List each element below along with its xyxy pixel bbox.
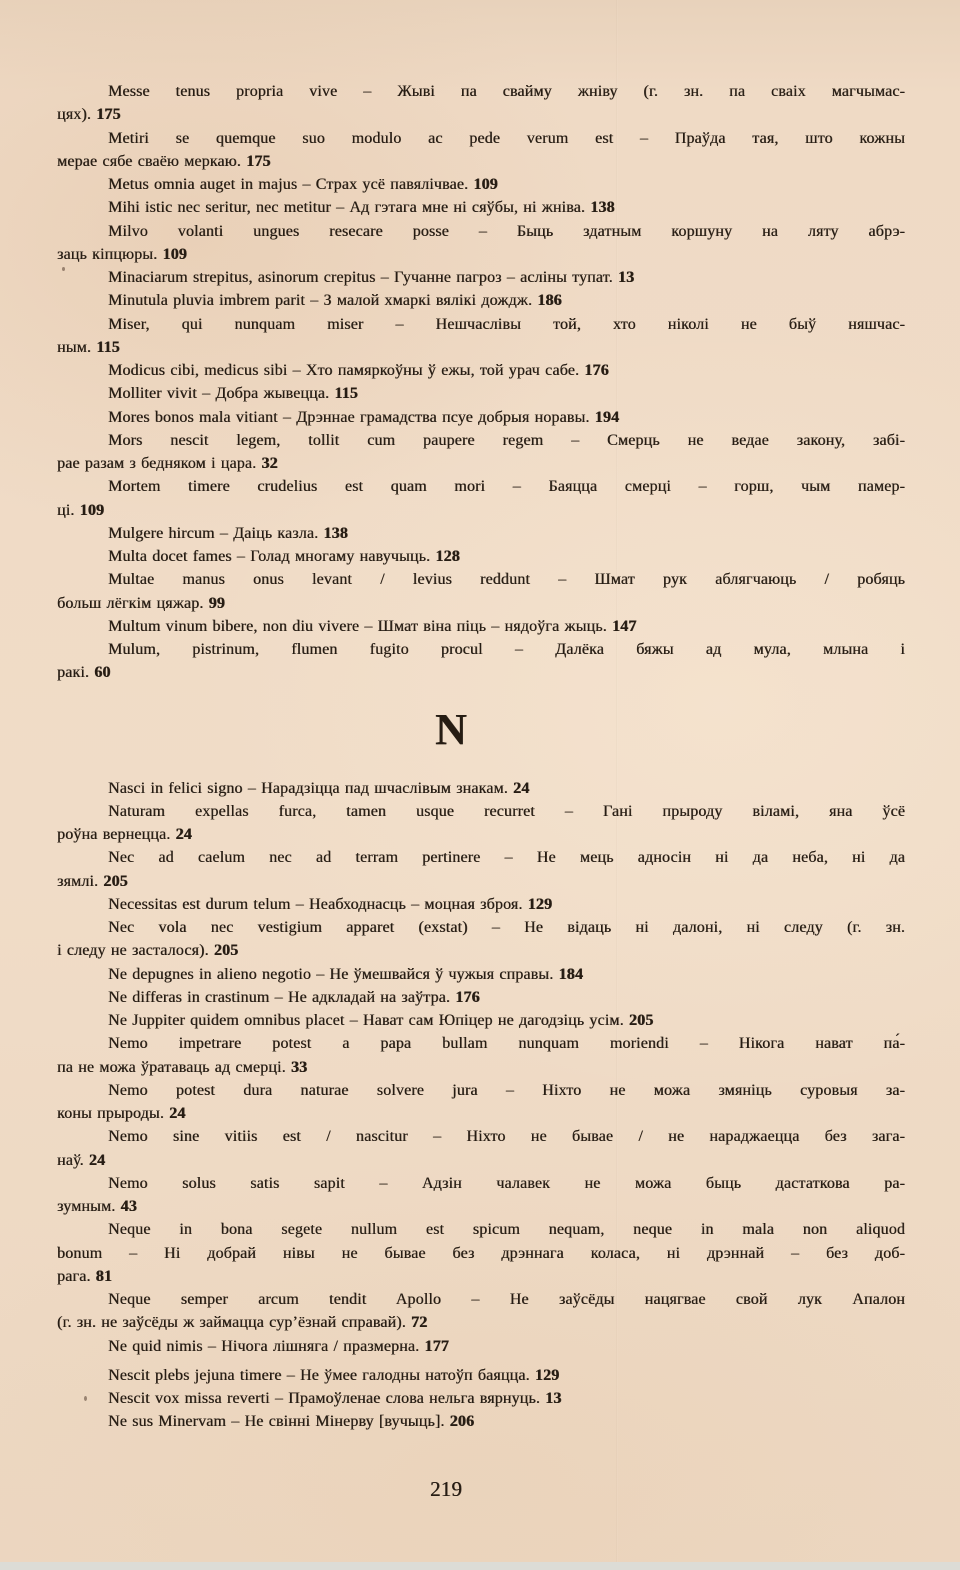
phrase-entry: Metus omnia auget in majus – Страх усё п…	[57, 173, 905, 196]
text-line: Nec vola nec vestigium apparet (exstat) …	[57, 916, 905, 939]
text-line: ракі. 60	[57, 661, 905, 684]
phrase-entry: Minaciarum strepitus, asinorum crepitus …	[57, 266, 905, 289]
text-line: Ne sus Minervam – Не свінні Мінерву [вуч…	[57, 1410, 905, 1433]
phrase-text: Neque semper arcum tendit Apollo – Не за…	[108, 1291, 905, 1308]
phrase-text: Multum vinum bibere, non diu vivere – Шм…	[108, 618, 607, 635]
phrase-text: Mulum, pistrinum, flumen fugito procul –…	[108, 641, 905, 658]
phrase-entry: Ne sus Minervam – Не свінні Мінерву [вуч…	[57, 1410, 905, 1433]
page-reference: 115	[96, 339, 120, 356]
phrase-text: больш лёгкім цяжар.	[57, 595, 203, 612]
phrase-text: ным.	[57, 339, 91, 356]
phrase-text: Naturam expellas furca, tamen usque recu…	[108, 803, 905, 820]
phrase-text: Neque in bona segete nullum est spicum n…	[108, 1221, 905, 1238]
text-line: ці. 109	[57, 499, 905, 522]
phrase-entry: Mores bonos mala vitiant – Дрэннае грама…	[57, 406, 905, 429]
text-line: Multae manus onus levant / levius reddun…	[57, 568, 905, 591]
page-number: 219	[22, 1476, 870, 1502]
phrase-text: Ne differas in crastinum – Не адкладай н…	[108, 989, 450, 1006]
phrase-text: па не можа ўратаваць ад смерці.	[57, 1059, 286, 1076]
phrase-text: мерае сябе сваёю меркаю.	[57, 153, 241, 170]
text-line: Ne Juppiter quidem omnibus placet – Нава…	[57, 1009, 905, 1032]
phrase-text: Metiri se quemque suo modulo ac pede ver…	[108, 130, 905, 147]
page-reference: 72	[411, 1314, 427, 1331]
page-reference: 24	[513, 780, 529, 797]
phrase-entry: Milvo volanti ungues resecare posse – Бы…	[57, 220, 905, 267]
phrase-text: рага.	[57, 1268, 91, 1285]
text-line: Nemo sine vitiis est / nascitur – Ніхто …	[57, 1125, 905, 1148]
phrase-text: зумным.	[57, 1198, 115, 1215]
text-line: цях). 175	[57, 103, 905, 126]
phrase-entry: Nec ad caelum nec ad terram pertinere – …	[57, 846, 905, 893]
phrase-entry: Nemo sine vitiis est / nascitur – Ніхто …	[57, 1125, 905, 1172]
page-reference: 205	[214, 942, 238, 959]
text-line: Miser, qui nunquam miser – Нешчаслівы то…	[57, 313, 905, 336]
text-line: Nescit plebs jejuna timere – Не ўмее гал…	[57, 1364, 905, 1387]
text-line: рага. 81	[57, 1265, 905, 1288]
phrase-text: Ne depugnes in alieno negotio – Не ўмешв…	[108, 966, 553, 983]
phrase-text: зямлі.	[57, 873, 98, 890]
text-line: больш лёгкім цяжар. 99	[57, 592, 905, 615]
text-line: Metus omnia auget in majus – Страх усё п…	[57, 173, 905, 196]
phrase-text: Nemo potest dura naturae solvere jura – …	[108, 1082, 905, 1099]
page-reference: 109	[162, 246, 186, 263]
page-reference: 138	[590, 199, 614, 216]
page-reference: 43	[121, 1198, 137, 1215]
text-line: ным. 115	[57, 336, 905, 359]
phrase-entry: Multum vinum bibere, non diu vivere – Шм…	[57, 615, 905, 638]
page-reference: 24	[169, 1105, 185, 1122]
page-reference: 175	[96, 106, 120, 123]
text-line: коны прыроды. 24	[57, 1102, 905, 1125]
phrase-text: Milvo volanti ungues resecare posse – Бы…	[108, 223, 905, 240]
phrase-text: Mores bonos mala vitiant – Дрэннае грама…	[108, 409, 590, 426]
phrase-entry: Mulgere hircum – Даіць казла. 138	[57, 522, 905, 545]
phrase-text: Nec vola nec vestigium apparet (exstat) …	[108, 919, 905, 936]
phrase-entry: Modicus cibi, medicus sibi – Хто памярко…	[57, 359, 905, 382]
phrase-text: ці.	[57, 502, 74, 519]
text-line: мерае сябе сваёю меркаю. 175	[57, 150, 905, 173]
phrase-text: Nescit vox missa reverti – Прамоўленае с…	[108, 1390, 540, 1407]
text-line: Mors nescit legem, tollit cum paupere re…	[57, 429, 905, 452]
phrase-entry: Nescit vox missa reverti – Прамоўленае с…	[57, 1387, 905, 1410]
phrase-text: Metus omnia auget in majus – Страх усё п…	[108, 176, 468, 193]
text-line: Ne quid nimis – Нічога лішняга / празмер…	[57, 1335, 905, 1358]
text-line: Ne differas in crastinum – Не адкладай н…	[57, 986, 905, 1009]
text-line: Nec ad caelum nec ad terram pertinere – …	[57, 846, 905, 869]
page-reference: 24	[176, 826, 192, 843]
phrase-text: заць кіпцюры.	[57, 246, 157, 263]
phrase-entry: Minutula pluvia imbrem parit – З малой х…	[57, 289, 905, 312]
phrase-text: Minutula pluvia imbrem parit – З малой х…	[108, 292, 532, 309]
text-line: Mihi istic nec seritur, nec metitur – Ад…	[57, 196, 905, 219]
text-line: і следу не засталося). 205	[57, 939, 905, 962]
section-n-header: N	[27, 707, 875, 753]
phrase-entry: Neque semper arcum tendit Apollo – Не за…	[57, 1288, 905, 1335]
page-reference: 32	[261, 455, 277, 472]
scan-bottom-edge	[0, 1562, 960, 1570]
text-line: Molliter vivit – Добра жывецца. 115	[57, 382, 905, 405]
page-reference: 24	[89, 1152, 105, 1169]
text-line: Messe tenus propria vive – Жыві па свайм…	[57, 80, 905, 103]
phrase-text: Nemo solus satis sapit – Адзін чалавек н…	[108, 1175, 905, 1192]
phrase-entry: Nemo impetrare potest a papa bullam nunq…	[57, 1032, 905, 1079]
page-reference: 147	[612, 618, 636, 635]
text-line: па не можа ўратаваць ад смерці. 33	[57, 1056, 905, 1079]
text-line: Neque semper arcum tendit Apollo – Не за…	[57, 1288, 905, 1311]
phrase-text: Mors nescit legem, tollit cum paupere re…	[108, 432, 905, 449]
text-line: Metiri se quemque suo modulo ac pede ver…	[57, 127, 905, 150]
text-line: Mulum, pistrinum, flumen fugito procul –…	[57, 638, 905, 661]
text-line: Multa docet fames – Голад многаму навучы…	[57, 545, 905, 568]
phrase-text: Molliter vivit – Добра жывецца.	[108, 385, 329, 402]
page-reference: 81	[96, 1268, 112, 1285]
text-line: Minaciarum strepitus, asinorum crepitus …	[57, 266, 905, 289]
page-reference: 109	[473, 176, 497, 193]
phrase-text: Nasci in felici signo – Нарадзіцца пад ш…	[108, 780, 508, 797]
phrase-text: цях).	[57, 106, 91, 123]
phrase-text: роўна вернецца.	[57, 826, 170, 843]
page-reference: 60	[94, 664, 110, 681]
phrase-text: Nemo sine vitiis est / nascitur – Ніхто …	[108, 1128, 905, 1145]
page-reference: 129	[535, 1367, 559, 1384]
phrase-entry: Mors nescit legem, tollit cum paupere re…	[57, 429, 905, 476]
phrase-entry: Ne quid nimis – Нічога лішняга / празмер…	[57, 1335, 905, 1358]
phrase-text: Nescit plebs jejuna timere – Не ўмее гал…	[108, 1367, 530, 1384]
phrase-text: (г. зн. не заўсёды ж займацца сур’ёзнай …	[57, 1314, 406, 1331]
page-reference: 205	[629, 1012, 653, 1029]
phrase-text: Ne sus Minervam – Не свінні Мінерву [вуч…	[108, 1413, 445, 1430]
phrase-entry: Mihi istic nec seritur, nec metitur – Ад…	[57, 196, 905, 219]
phrase-text: Miser, qui nunquam miser – Нешчаслівы то…	[108, 316, 905, 333]
page-reference: 128	[435, 548, 459, 565]
text-line: Milvo volanti ungues resecare posse – Бы…	[57, 220, 905, 243]
phrase-entry: Nemo solus satis sapit – Адзін чалавек н…	[57, 1172, 905, 1219]
page-reference: 138	[323, 525, 347, 542]
page-reference: 175	[246, 153, 270, 170]
phrase-text: Mortem timere crudelius est quam mori – …	[108, 478, 905, 495]
text-line: Nemo solus satis sapit – Адзін чалавек н…	[57, 1172, 905, 1195]
text-line: Mores bonos mala vitiant – Дрэннае грама…	[57, 406, 905, 429]
text-line: Mulgere hircum – Даіць казла. 138	[57, 522, 905, 545]
phrase-entry: Nasci in felici signo – Нарадзіцца пад ш…	[57, 777, 905, 800]
page-reference: 13	[545, 1390, 561, 1407]
page-reference: 129	[528, 896, 552, 913]
page-reference: 205	[103, 873, 127, 890]
phrase-entry: Ne Juppiter quidem omnibus placet – Нава…	[57, 1009, 905, 1032]
text-line: Mortem timere crudelius est quam mori – …	[57, 475, 905, 498]
page-reference: 186	[537, 292, 561, 309]
text-line: наў. 24	[57, 1149, 905, 1172]
phrase-text: bonum – Ні добрай нівы не бывае без дрэн…	[57, 1245, 905, 1262]
phrase-entry: Naturam expellas furca, tamen usque recu…	[57, 800, 905, 847]
page-reference: 99	[209, 595, 225, 612]
phrase-text: Modicus cibi, medicus sibi – Хто памярко…	[108, 362, 579, 379]
page-reference: 115	[334, 385, 358, 402]
section-m-entries: Messe tenus propria vive – Жыві па свайм…	[57, 80, 905, 685]
phrase-entry: Multae manus onus levant / levius reddun…	[57, 568, 905, 615]
phrase-entry: Necessitas est durum telum – Неабходнасц…	[57, 893, 905, 916]
phrase-entry: Ne differas in crastinum – Не адкладай н…	[57, 986, 905, 1009]
phrase-text: ракі.	[57, 664, 89, 681]
phrase-entry: Miser, qui nunquam miser – Нешчаслівы то…	[57, 313, 905, 360]
phrase-entry: Molliter vivit – Добра жывецца. 115	[57, 382, 905, 405]
phrase-entry: Mortem timere crudelius est quam mori – …	[57, 475, 905, 522]
phrase-entry: Nemo potest dura naturae solvere jura – …	[57, 1079, 905, 1126]
text-line: Modicus cibi, medicus sibi – Хто памярко…	[57, 359, 905, 382]
book-page-scan: Messe tenus propria vive – Жыві па свайм…	[0, 0, 960, 1570]
text-line: Nescit vox missa reverti – Прамоўленае с…	[57, 1387, 905, 1410]
text-line: заць кіпцюры. 109	[57, 243, 905, 266]
text-line: Ne depugnes in alieno negotio – Не ўмешв…	[57, 963, 905, 986]
phrase-text: Necessitas est durum telum – Неабходнасц…	[108, 896, 522, 913]
section-n-entries: Nasci in felici signo – Нарадзіцца пад ш…	[57, 777, 905, 1434]
page-reference: 109	[80, 502, 104, 519]
text-line: Nemo potest dura naturae solvere jura – …	[57, 1079, 905, 1102]
phrase-text: і следу не засталося).	[57, 942, 209, 959]
phrase-entry: Nec vola nec vestigium apparet (exstat) …	[57, 916, 905, 963]
phrase-entry: Metiri se quemque suo modulo ac pede ver…	[57, 127, 905, 174]
page-reference: 176	[584, 362, 608, 379]
phrase-text: наў.	[57, 1152, 84, 1169]
text-line: зумным. 43	[57, 1195, 905, 1218]
phrase-entry: Messe tenus propria vive – Жыві па свайм…	[57, 80, 905, 127]
page-reference: 176	[455, 989, 479, 1006]
phrase-text: Multa docet fames – Голад многаму навучы…	[108, 548, 430, 565]
phrase-text: рае разам з бедняком і цара.	[57, 455, 256, 472]
text-column: Messe tenus propria vive – Жыві па свайм…	[57, 80, 905, 1502]
phrase-entry: Neque in bona segete nullum est spicum n…	[57, 1218, 905, 1288]
page-reference: 13	[618, 269, 634, 286]
page-reference: 33	[291, 1059, 307, 1076]
text-line: Multum vinum bibere, non diu vivere – Шм…	[57, 615, 905, 638]
text-line: (г. зн. не заўсёды ж займацца сур’ёзнай …	[57, 1311, 905, 1334]
text-line: bonum – Ні добрай нівы не бывае без дрэн…	[57, 1242, 905, 1265]
phrase-text: Multae manus onus levant / levius reddun…	[108, 571, 905, 588]
page-reference: 206	[450, 1413, 474, 1430]
phrase-entry: Ne depugnes in alieno negotio – Не ўмешв…	[57, 963, 905, 986]
text-line: Necessitas est durum telum – Неабходнасц…	[57, 893, 905, 916]
phrase-text: Nec ad caelum nec ad terram pertinere – …	[108, 849, 905, 866]
phrase-text: Minaciarum strepitus, asinorum crepitus …	[108, 269, 613, 286]
phrase-text: Messe tenus propria vive – Жыві па свайм…	[108, 83, 905, 100]
text-line: Nemo impetrare potest a papa bullam nunq…	[57, 1032, 905, 1055]
phrase-entry: Nescit plebs jejuna timere – Не ўмее гал…	[57, 1364, 905, 1387]
phrase-text: коны прыроды.	[57, 1105, 164, 1122]
phrase-entry: Mulum, pistrinum, flumen fugito procul –…	[57, 638, 905, 685]
text-line: роўна вернецца. 24	[57, 823, 905, 846]
text-line: Neque in bona segete nullum est spicum n…	[57, 1218, 905, 1241]
page-reference: 177	[424, 1338, 448, 1355]
phrase-text: Mulgere hircum – Даіць казла.	[108, 525, 318, 542]
page-reference: 184	[559, 966, 583, 983]
text-line: зямлі. 205	[57, 870, 905, 893]
text-line: Nasci in felici signo – Нарадзіцца пад ш…	[57, 777, 905, 800]
page-reference: 194	[595, 409, 619, 426]
phrase-entry: Multa docet fames – Голад многаму навучы…	[57, 545, 905, 568]
phrase-text: Nemo impetrare potest a papa bullam nunq…	[108, 1035, 905, 1052]
phrase-text: Ne quid nimis – Нічога лішняга / празмер…	[108, 1338, 419, 1355]
phrase-text: Mihi istic nec seritur, nec metitur – Ад…	[108, 199, 585, 216]
text-line: Naturam expellas furca, tamen usque recu…	[57, 800, 905, 823]
text-line: рае разам з бедняком і цара. 32	[57, 452, 905, 475]
text-line: Minutula pluvia imbrem parit – З малой х…	[57, 289, 905, 312]
phrase-text: Ne Juppiter quidem omnibus placet – Нава…	[108, 1012, 624, 1029]
